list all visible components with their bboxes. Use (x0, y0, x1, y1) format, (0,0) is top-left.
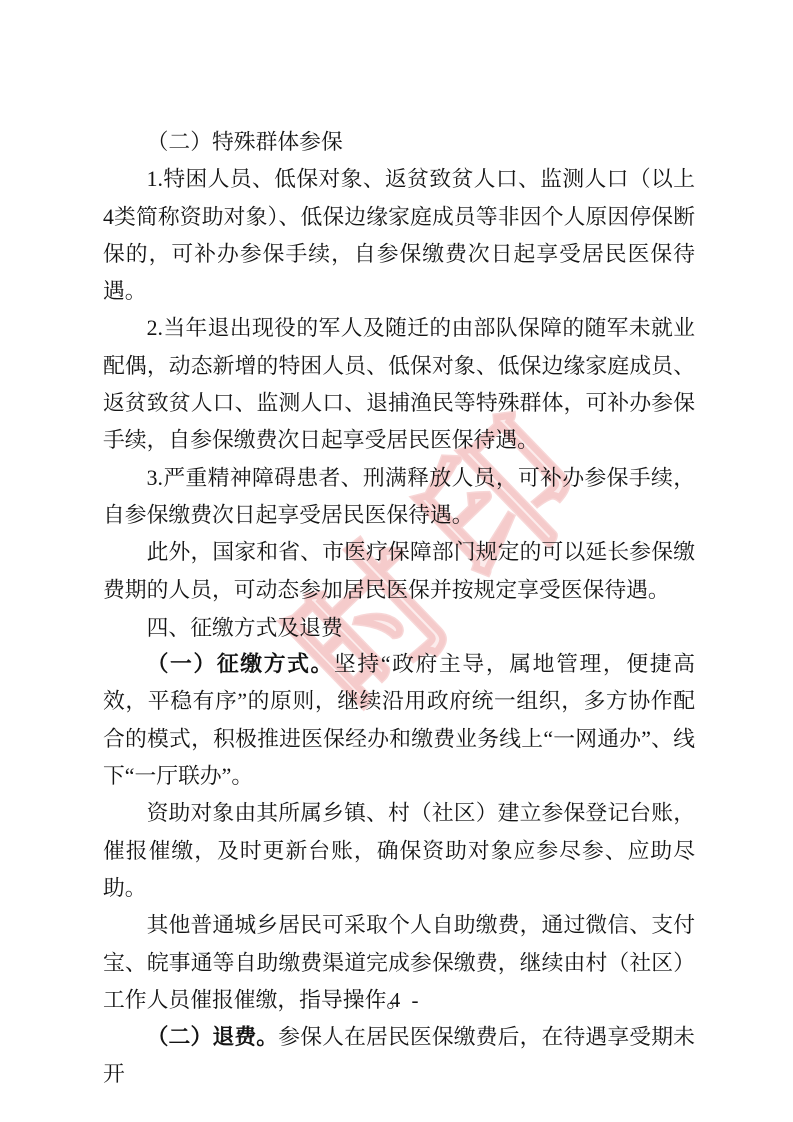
paragraph-extension-provision: 此外，国家和省、市医疗保障部门规定的可以延长参保缴费期的人员，可动态参加居民医保… (103, 534, 695, 609)
paragraph-assisted-persons-ledger: 资助对象由其所属乡镇、村（社区）建立参保登记台账，催报催缴，及时更新台账，确保资… (103, 795, 695, 907)
paragraph-special-group-2: 2.当年退出现役的军人及随迁的由部队保障的随军未就业配偶，动态新增的特困人员、低… (103, 310, 695, 459)
section-heading-collection-and-refund: 四、征缴方式及退费 (103, 609, 695, 646)
section-heading-special-group-enrollment: （二）特殊群体参保 (103, 124, 695, 161)
document-body: （二）特殊群体参保 1.特困人员、低保对象、返贫致贫人口、监测人口（以上4类简称… (103, 124, 695, 1094)
paragraph-collection-method: （一）征缴方式。坚持“政府主导，属地管理，便捷高效，平稳有序”的原则，继续沿用政… (103, 646, 695, 795)
paragraph-special-group-3: 3.严重精神障碍患者、刑满释放人员，可补办参保手续，自参保缴费次日起享受居民医保… (103, 460, 695, 535)
page-number: - 4 - (0, 988, 793, 1013)
paragraph-lead-collection-method: （一）征缴方式。 (147, 652, 334, 676)
paragraph-refund: （二）退费。参保人在居民医保缴费后，在待遇享受期未开 (103, 1019, 695, 1094)
paragraph-special-group-1: 1.特困人员、低保对象、返贫致贫人口、监测人口（以上4类简称资助对象）、低保边缘… (103, 161, 695, 310)
document-page: 时印 （二）特殊群体参保 1.特困人员、低保对象、返贫致贫人口、监测人口（以上4… (0, 0, 793, 1122)
paragraph-lead-refund: （二）退费。 (147, 1025, 279, 1049)
